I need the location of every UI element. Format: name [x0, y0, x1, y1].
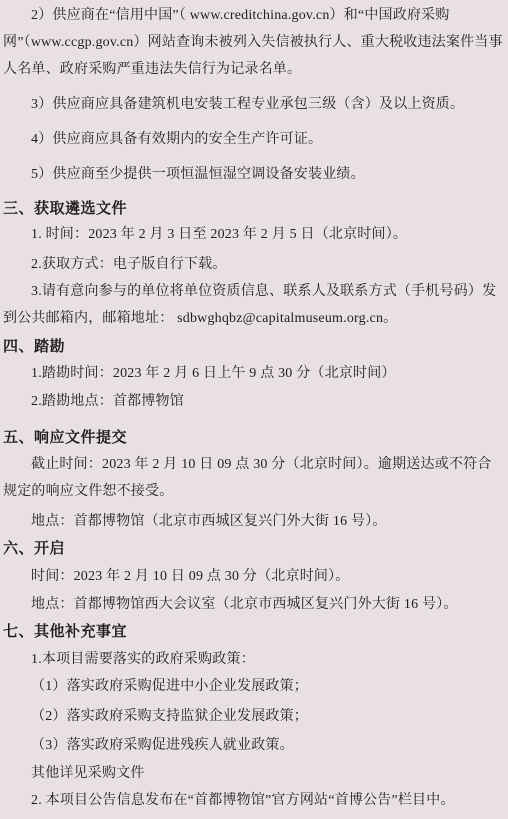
paragraph-survey-location: 2.踏勘地点：首都博物馆 [3, 388, 505, 415]
paragraph-email-instruction: 3.请有意向参与的单位将单位资质信息、联系人及联系方式（手机号码）发到公共邮箱内… [3, 278, 505, 332]
paragraph-procurement-policies: 1.本项目需要落实的政府采购政策： [3, 646, 505, 673]
paragraph-opening-location: 地点：首都博物馆西大会议室（北京市西城区复兴门外大街 16 号）。 [3, 591, 505, 618]
paragraph-survey-time: 1.踏勘时间：2023 年 2 月 6 日上午 9 点 30 分（北京时间） [3, 360, 505, 387]
paragraph-hvac-experience: 5）供应商至少提供一项恒温恒湿空调设备安装业绩。 [3, 161, 505, 188]
paragraph-safety-permit: 4）供应商应具备有效期内的安全生产许可证。 [3, 126, 505, 153]
paragraph-policy-sme: （1）落实政府采购促进中小企业发展政策； [3, 673, 505, 700]
section-heading-other-matters: 七、其他补充事宜 [3, 619, 505, 644]
paragraph-supplier-qualification: 3）供应商应具备建筑机电安装工程专业承包三级（含）及以上资质。 [3, 91, 505, 118]
paragraph-obtain-time: 1. 时间：2023 年 2 月 3 日至 2023 年 2 月 5 日（北京时… [3, 221, 505, 248]
section-heading-response-submission: 五、响应文件提交 [3, 425, 505, 450]
section-heading-obtain-documents: 三、获取遴选文件 [3, 196, 505, 221]
section-heading-opening: 六、开启 [3, 536, 505, 561]
paragraph-announcement-publication: 2. 本项目公告信息发布在“首都博物馆”官方网站“首博公告”栏目中。 [3, 787, 505, 814]
paragraph-see-procurement-docs: 其他详见采购文件 [3, 760, 505, 787]
paragraph-policy-prison-enterprise: （2）落实政府采购支持监狱企业发展政策； [3, 703, 505, 730]
paragraph-submission-location: 地点：首都博物馆（北京市西城区复兴门外大街 16 号）。 [3, 508, 505, 535]
paragraph-policy-disabled-employment: （3）落实政府采购促进残疾人就业政策。 [3, 732, 505, 759]
paragraph-opening-time: 时间：2023 年 2 月 10 日 09 点 30 分（北京时间）。 [3, 563, 505, 590]
document-page: 2）供应商在“信用中国”（ www.creditchina.gov.cn）和“中… [0, 0, 508, 819]
paragraph-submission-deadline: 截止时间：2023 年 2 月 10 日 09 点 30 分（北京时间）。逾期送… [3, 451, 505, 505]
paragraph-obtain-method: 2.获取方式：电子版自行下载。 [3, 251, 505, 278]
paragraph-supplier-credit-check: 2）供应商在“信用中国”（ www.creditchina.gov.cn）和“中… [3, 2, 505, 83]
section-heading-site-survey: 四、踏勘 [3, 334, 505, 359]
